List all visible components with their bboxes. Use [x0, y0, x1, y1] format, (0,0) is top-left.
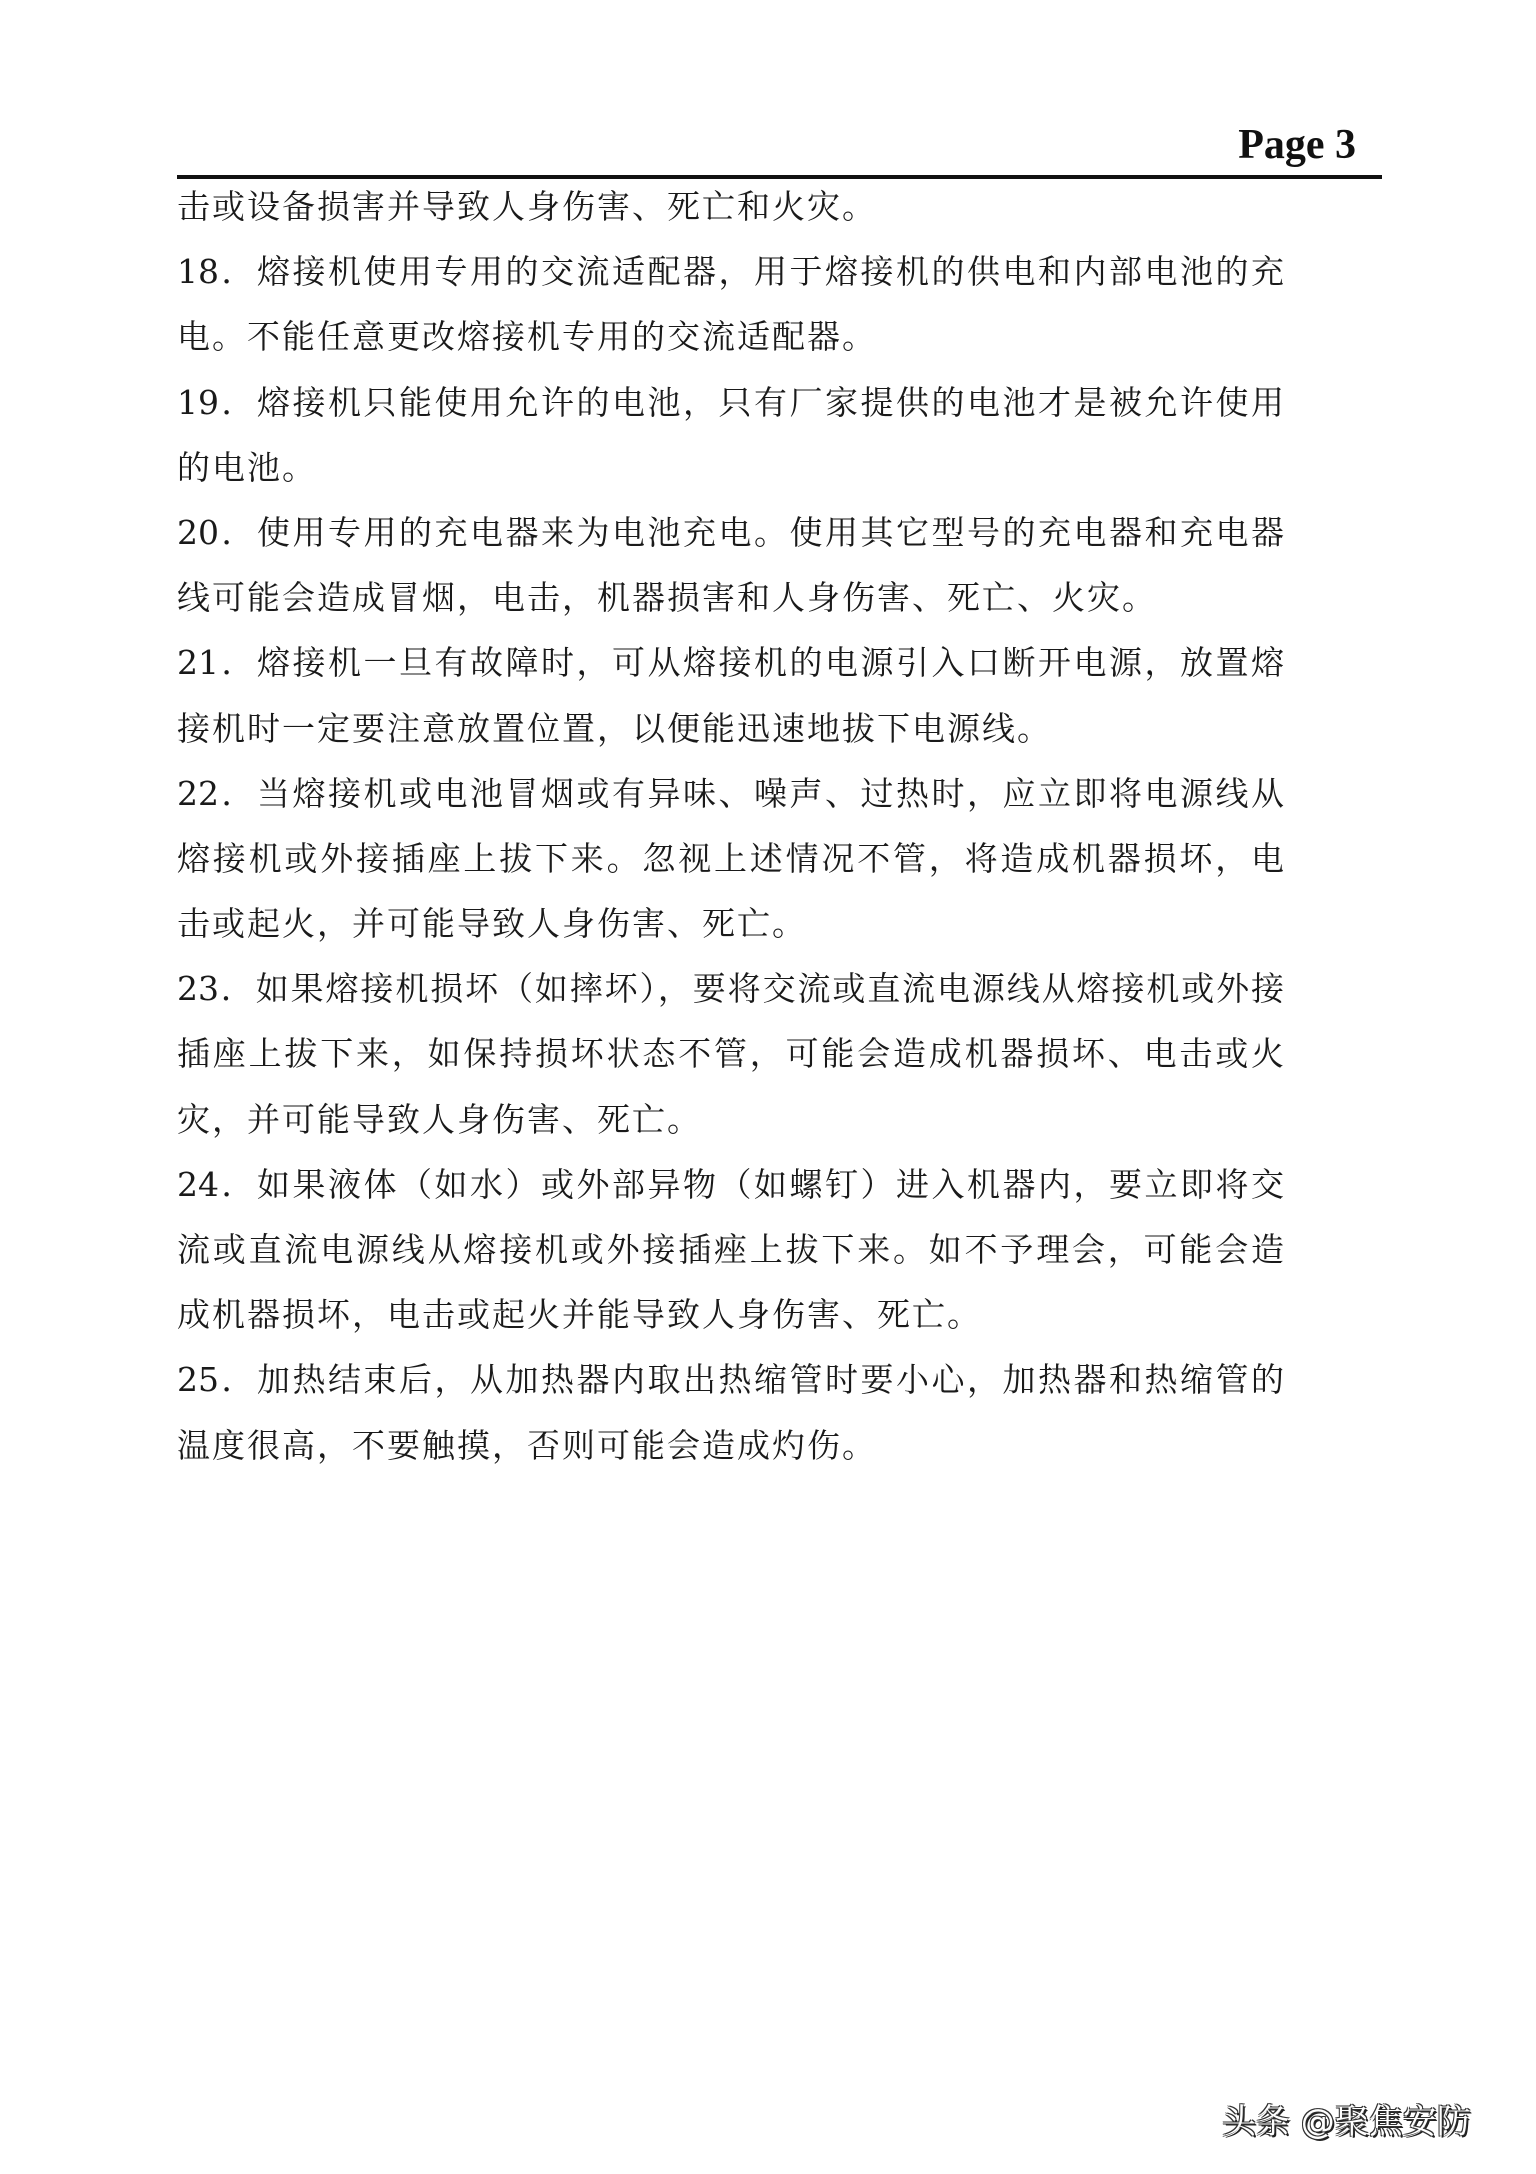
text-line: 击或起火，并可能导致人身伤害、死亡。 [177, 901, 1284, 966]
page-number-label: Page 3 [1180, 120, 1356, 170]
text-line: 19．熔接机只能使用允许的电池，只有厂家提供的电池才是被允许使用 [177, 380, 1284, 445]
document-page: Page 3 击或设备损害并导致人身伤害、死亡和火灾。 18．熔接机使用专用的交… [0, 0, 1536, 2174]
text-line: 的电池。 [177, 445, 1284, 510]
text-line: 23．如果熔接机损坏（如摔坏），要将交流或直流电源线从熔接机或外接 [177, 966, 1284, 1031]
safety-instructions-body: 击或设备损害并导致人身伤害、死亡和火灾。 18．熔接机使用专用的交流适配器，用于… [177, 184, 1284, 1488]
header-divider [177, 175, 1382, 179]
text-line: 22．当熔接机或电池冒烟或有异味、噪声、过热时，应立即将电源线从 [177, 771, 1284, 836]
text-line: 温度很高，不要触摸，否则可能会造成灼伤。 [177, 1423, 1284, 1488]
text-line: 24．如果液体（如水）或外部异物（如螺钉）进入机器内，要立即将交 [177, 1162, 1284, 1227]
text-line: 电。不能任意更改熔接机专用的交流适配器。 [177, 314, 1284, 379]
text-line: 25．加热结束后，从加热器内取出热缩管时要小心，加热器和热缩管的 [177, 1357, 1284, 1422]
text-line: 18．熔接机使用专用的交流适配器，用于熔接机的供电和内部电池的充 [177, 249, 1284, 314]
text-line: 线可能会造成冒烟，电击，机器损害和人身伤害、死亡、火灾。 [177, 575, 1284, 640]
watermark-label: 头条 @聚焦安防 [1222, 2100, 1471, 2144]
text-line: 21．熔接机一旦有故障时，可从熔接机的电源引入口断开电源，放置熔 [177, 640, 1284, 705]
text-line: 插座上拔下来，如保持损坏状态不管，可能会造成机器损坏、电击或火 [177, 1031, 1284, 1096]
text-line: 成机器损坏，电击或起火并能导致人身伤害、死亡。 [177, 1292, 1284, 1357]
text-line: 接机时一定要注意放置位置，以便能迅速地拔下电源线。 [177, 706, 1284, 771]
text-line: 灾，并可能导致人身伤害、死亡。 [177, 1097, 1284, 1162]
text-line: 熔接机或外接插座上拔下来。忽视上述情况不管，将造成机器损坏，电 [177, 836, 1284, 901]
text-line: 流或直流电源线从熔接机或外接插痤上拔下来。如不予理会，可能会造 [177, 1227, 1284, 1292]
text-line: 20．使用专用的充电器来为电池充电。使用其它型号的充电器和充电器 [177, 510, 1284, 575]
text-line: 击或设备损害并导致人身伤害、死亡和火灾。 [177, 184, 1284, 249]
